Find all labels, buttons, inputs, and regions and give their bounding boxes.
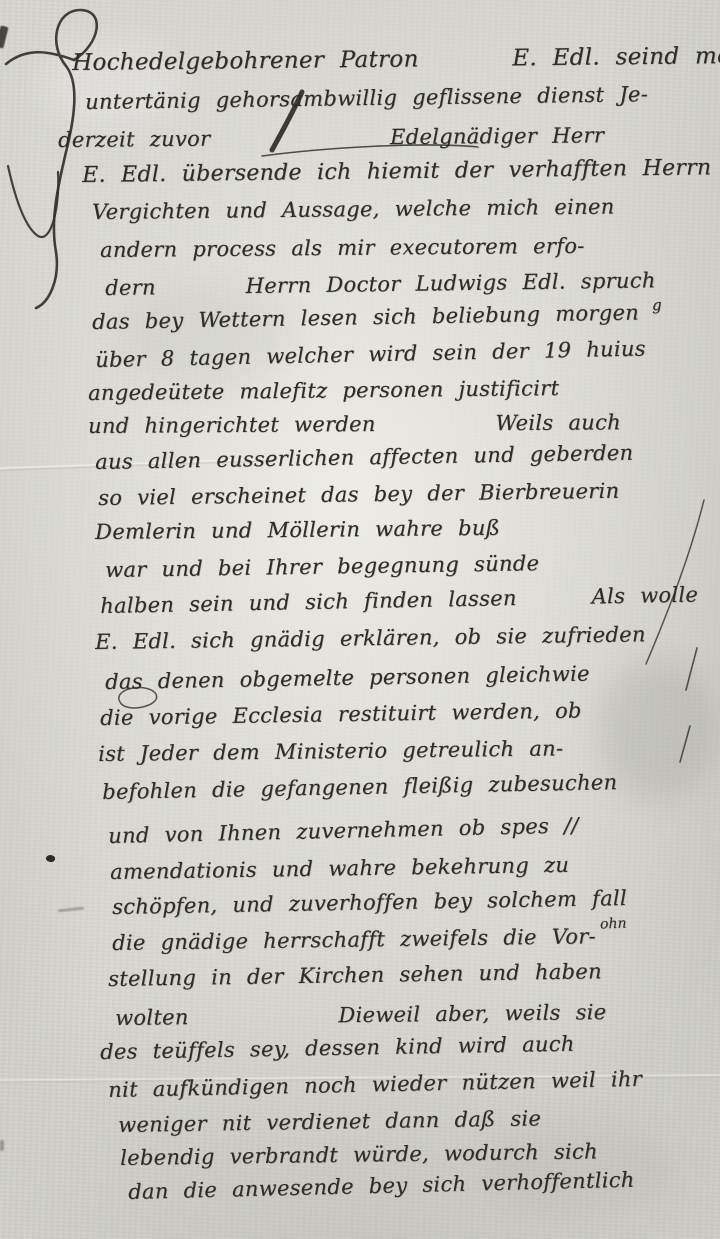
edge-ink-mark xyxy=(0,25,9,48)
edge-speck xyxy=(0,1140,4,1151)
manuscript-line: über 8 tagen welcher wird sein der 19 hu… xyxy=(95,338,646,371)
manuscript-line: so viel erscheinet das bey der Bierbreue… xyxy=(98,481,620,509)
manuscript-line: war und bei Ihrer begegnung sünde xyxy=(105,553,539,581)
ink-smudge xyxy=(58,907,84,913)
manuscript-line: das bey Wettern lesen sich beliebung mor… xyxy=(92,302,639,333)
manuscript-line: untertänig gehorsambwillig geflissene di… xyxy=(85,84,648,113)
manuscript-line: amendationis und wahre bekehrung zu xyxy=(110,855,569,883)
manuscript-line: und hingerichtet werden Weils auch xyxy=(88,412,621,437)
manuscript-line: schöpfen, und zuverhoffen bey solchem fa… xyxy=(112,888,627,918)
manuscript-line: die vorige Ecclesia restituirt werden, o… xyxy=(100,700,582,729)
manuscript-line: befohlen die gefangenen fleißig zubesuch… xyxy=(102,772,618,803)
paper-stain xyxy=(600,660,720,800)
manuscript-line: andern process als mir executorem erfo- xyxy=(100,236,585,261)
manuscript-line: die gnädige herrschafft zweifels die Vor… xyxy=(112,926,596,954)
ink-blot xyxy=(45,854,56,863)
manuscript-line: Vergichten und Aussage, welche mich eine… xyxy=(92,197,615,223)
manuscript-line: stellung in der Kirchen sehen und haben xyxy=(108,961,602,990)
manuscript-line: E. Edl. sich gnädig erklären, ob sie zuf… xyxy=(95,624,646,653)
manuscript-line: weniger nit verdienet dann daß sie xyxy=(118,1108,541,1136)
manuscript-line: lebendig verbrandt würde, wodurch sich xyxy=(120,1141,598,1169)
manuscript-line: ist Jeder dem Ministerio getreulich an- xyxy=(98,738,563,765)
manuscript-page: Hochedelgebohrener Patron E. Edl. seind … xyxy=(0,0,720,1239)
margin-slash-mark xyxy=(680,648,697,762)
manuscript-line: Demlerin und Möllerin wahre buß xyxy=(95,518,500,543)
interline-insertion: g xyxy=(652,296,662,314)
manuscript-line: des teüffels sey, dessen kind wird auch xyxy=(100,1034,575,1063)
manuscript-line: Hochedelgebohrener Patron E. Edl. seind … xyxy=(72,45,720,75)
manuscript-line: dan die anwesende bey sich verhoffentlic… xyxy=(128,1170,635,1203)
manuscript-line: angedeütete malefitz personen justificir… xyxy=(88,378,559,404)
manuscript-line: aus allen eusserlichen affecten und gebe… xyxy=(95,443,634,473)
manuscript-line: und von Ihnen zuvernehmen ob spes // xyxy=(108,815,579,847)
manuscript-line: wolten Dieweil aber, weils sie xyxy=(115,1002,607,1029)
manuscript-line: dern Herrn Doctor Ludwigs Edl. spruch xyxy=(105,270,656,299)
manuscript-line: E. Edl. übersende ich hiemit der verhaff… xyxy=(82,157,712,187)
manuscript-line: halben sein und sich finden lassen Als w… xyxy=(100,585,698,617)
manuscript-line: derzeit zuvor Edelgnädiger Herr xyxy=(58,125,604,151)
interline-insertion: ohn xyxy=(600,916,627,933)
manuscript-line: nit aufkündigen noch wieder nützen weil … xyxy=(108,1069,642,1101)
initial-flourish-loop xyxy=(8,166,58,237)
manuscript-line: das denen obgemelte personen gleichwie xyxy=(105,664,590,693)
